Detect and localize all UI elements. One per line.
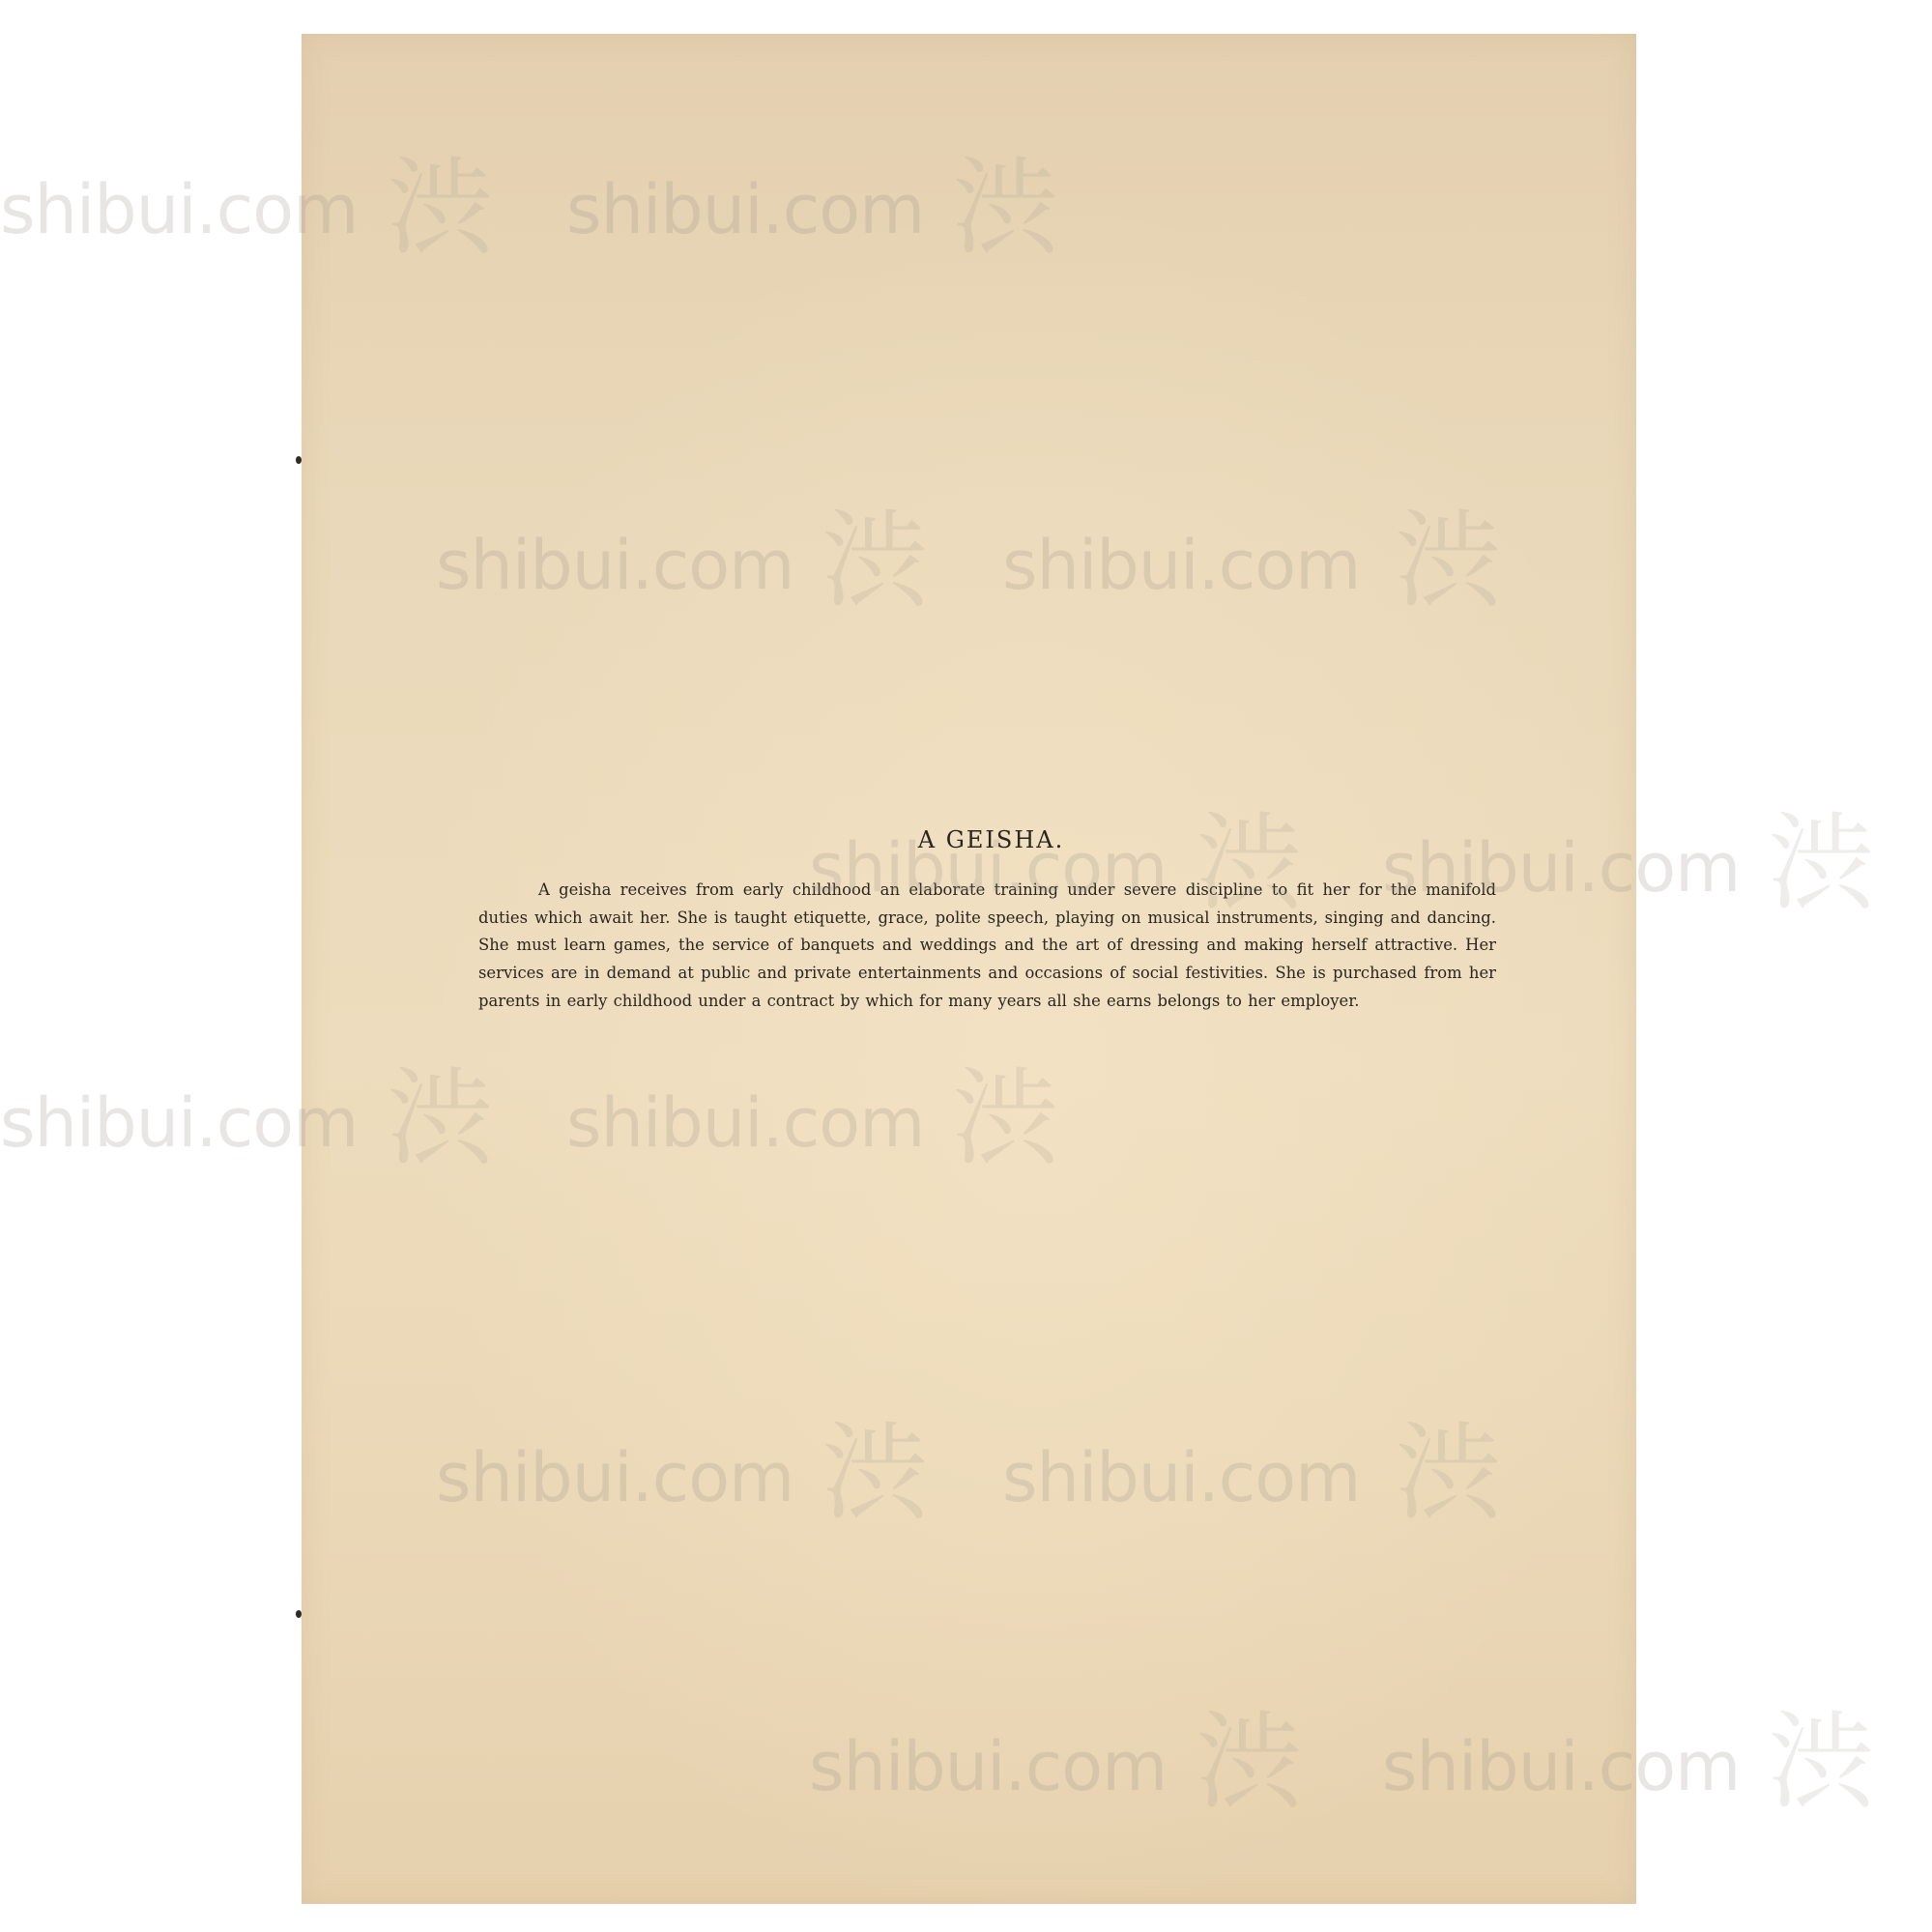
- watermark-kanji-icon: 渋: [1768, 1709, 1874, 1815]
- watermark-kanji-icon: 渋: [1768, 810, 1874, 916]
- scan-canvas: A GEISHA. A geisha receives from early c…: [0, 0, 1932, 1932]
- binding-hole-mark-bottom: [296, 1610, 302, 1618]
- binding-hole-mark-top: [296, 456, 302, 464]
- description-paragraph: A geisha receives from early childhood a…: [478, 877, 1496, 1016]
- plate-description: A GEISHA. A geisha receives from early c…: [478, 826, 1496, 1016]
- page-title: A GEISHA.: [478, 826, 1496, 853]
